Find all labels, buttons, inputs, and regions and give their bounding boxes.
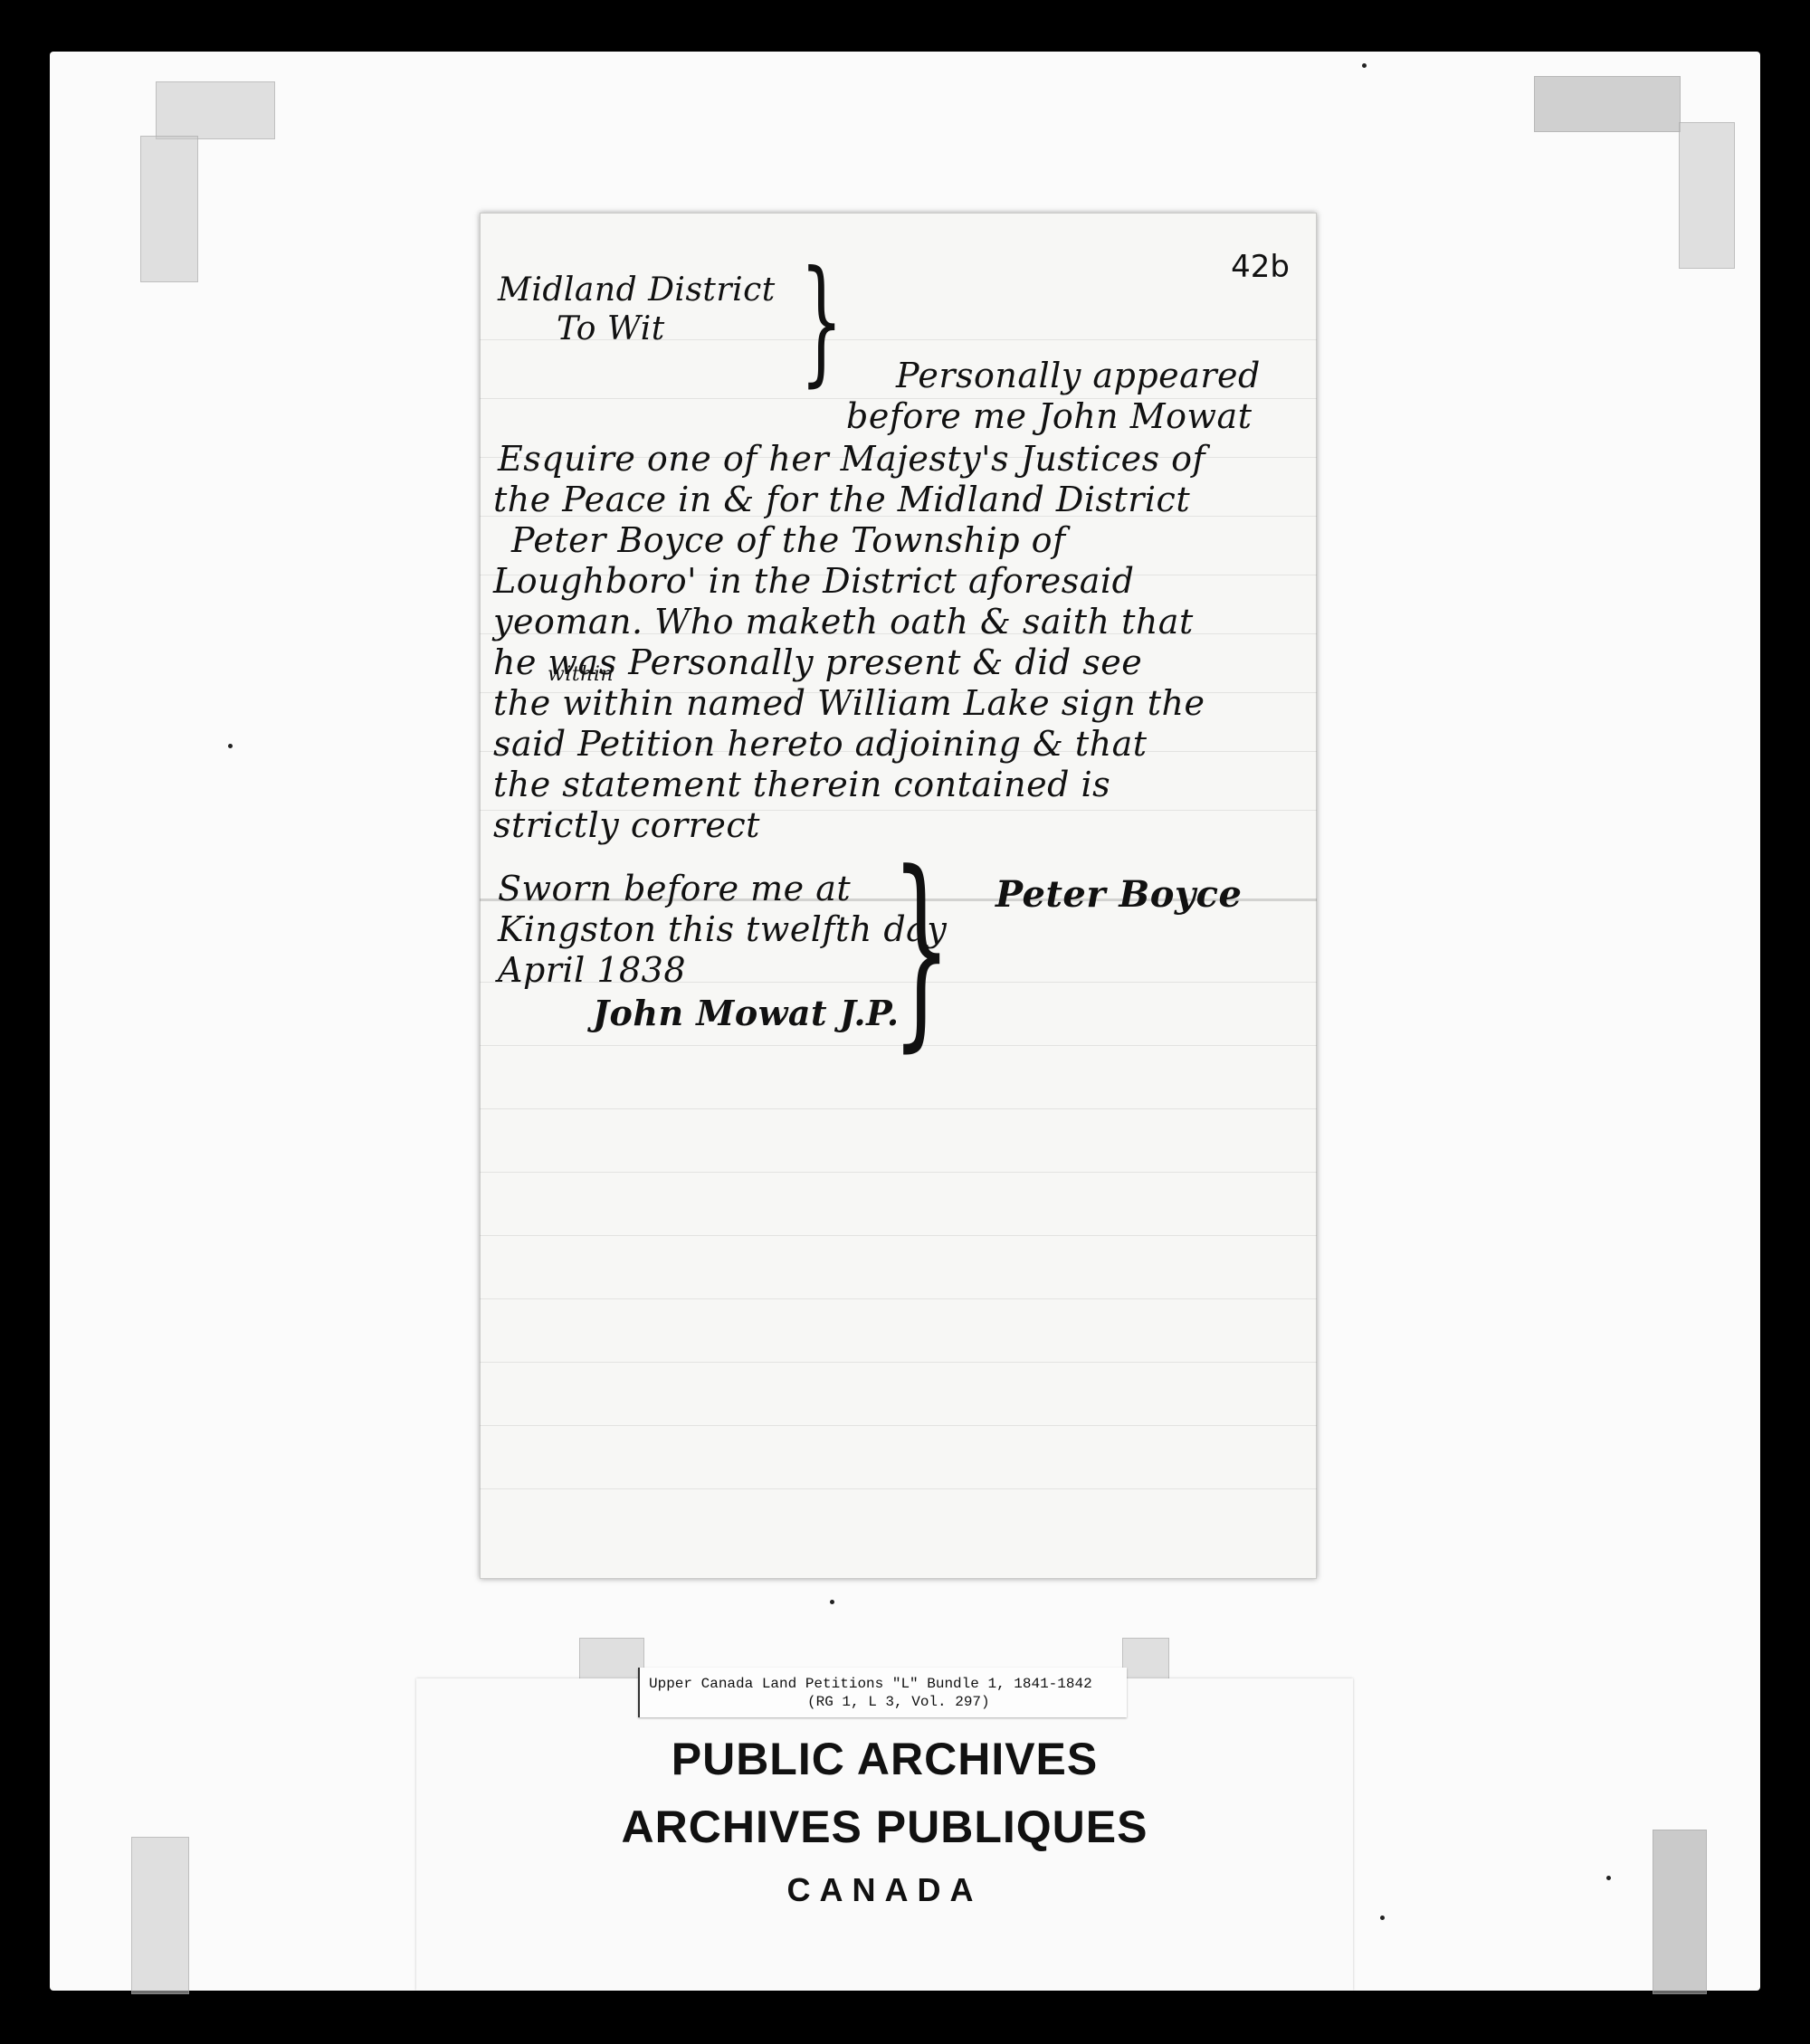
tape-top-left-horizontal bbox=[156, 81, 275, 139]
handwritten-affidavit-page: 42b Midland District To Wit } Personally… bbox=[480, 213, 1317, 1579]
body-line-4: the Peace in & for the Midland District bbox=[493, 480, 1190, 519]
justice-signature: John Mowat J.P. bbox=[593, 993, 900, 1033]
reference-line-1: Upper Canada Land Petitions "L" Bundle 1… bbox=[649, 1676, 1092, 1692]
body-line-9: the within named William Lake sign the bbox=[493, 683, 1205, 723]
body-line-5: Peter Boyce of the Township of bbox=[511, 520, 1066, 560]
dust-speck bbox=[1606, 1876, 1611, 1880]
archive-country: CANADA bbox=[416, 1871, 1353, 1909]
body-line-11: the statement therein contained is bbox=[493, 765, 1110, 804]
jurat-line-3: April 1838 bbox=[498, 950, 686, 990]
dust-speck bbox=[228, 744, 233, 748]
body-line-1: Personally appeared bbox=[896, 356, 1261, 395]
body-line-6: Loughboro' in the District aforesaid bbox=[493, 561, 1134, 601]
folio-number: 42b bbox=[1231, 249, 1290, 285]
heading-district: Midland District bbox=[498, 271, 776, 309]
reference-line-2: (RG 1, L 3, Vol. 297) bbox=[649, 1693, 1127, 1711]
body-line-2: before me John Mowat bbox=[846, 396, 1252, 436]
dust-speck bbox=[1362, 63, 1367, 68]
dust-speck bbox=[830, 1600, 834, 1604]
body-line-10: said Petition hereto adjoining & that bbox=[493, 724, 1148, 764]
archive-title-english: PUBLIC ARCHIVES bbox=[416, 1733, 1353, 1785]
jurat-brace: } bbox=[891, 846, 951, 1054]
body-line-7: yeoman. Who maketh oath & saith that bbox=[493, 602, 1194, 642]
body-line-3: Esquire one of her Majesty's Justices of bbox=[498, 439, 1205, 479]
deponent-signature: Peter Boyce bbox=[995, 873, 1242, 916]
tape-top-right-horizontal bbox=[1534, 76, 1681, 132]
archive-title-french: ARCHIVES PUBLIQUES bbox=[416, 1801, 1353, 1853]
jurat-line-1: Sworn before me at bbox=[498, 869, 851, 908]
body-line-12: strictly correct bbox=[493, 805, 760, 845]
heading-to-wit: To Wit bbox=[557, 310, 665, 347]
typed-reference-slip: Upper Canada Land Petitions "L" Bundle 1… bbox=[638, 1668, 1127, 1717]
tape-top-left-vertical bbox=[140, 136, 198, 282]
tape-top-right-vertical bbox=[1679, 122, 1735, 269]
tape-bottom-right bbox=[1653, 1830, 1707, 1994]
jurat-line-2: Kingston this twelfth day bbox=[498, 909, 947, 949]
heading-brace: } bbox=[800, 253, 843, 389]
tape-bottom-left bbox=[131, 1837, 189, 1994]
dust-speck bbox=[1380, 1916, 1385, 1920]
